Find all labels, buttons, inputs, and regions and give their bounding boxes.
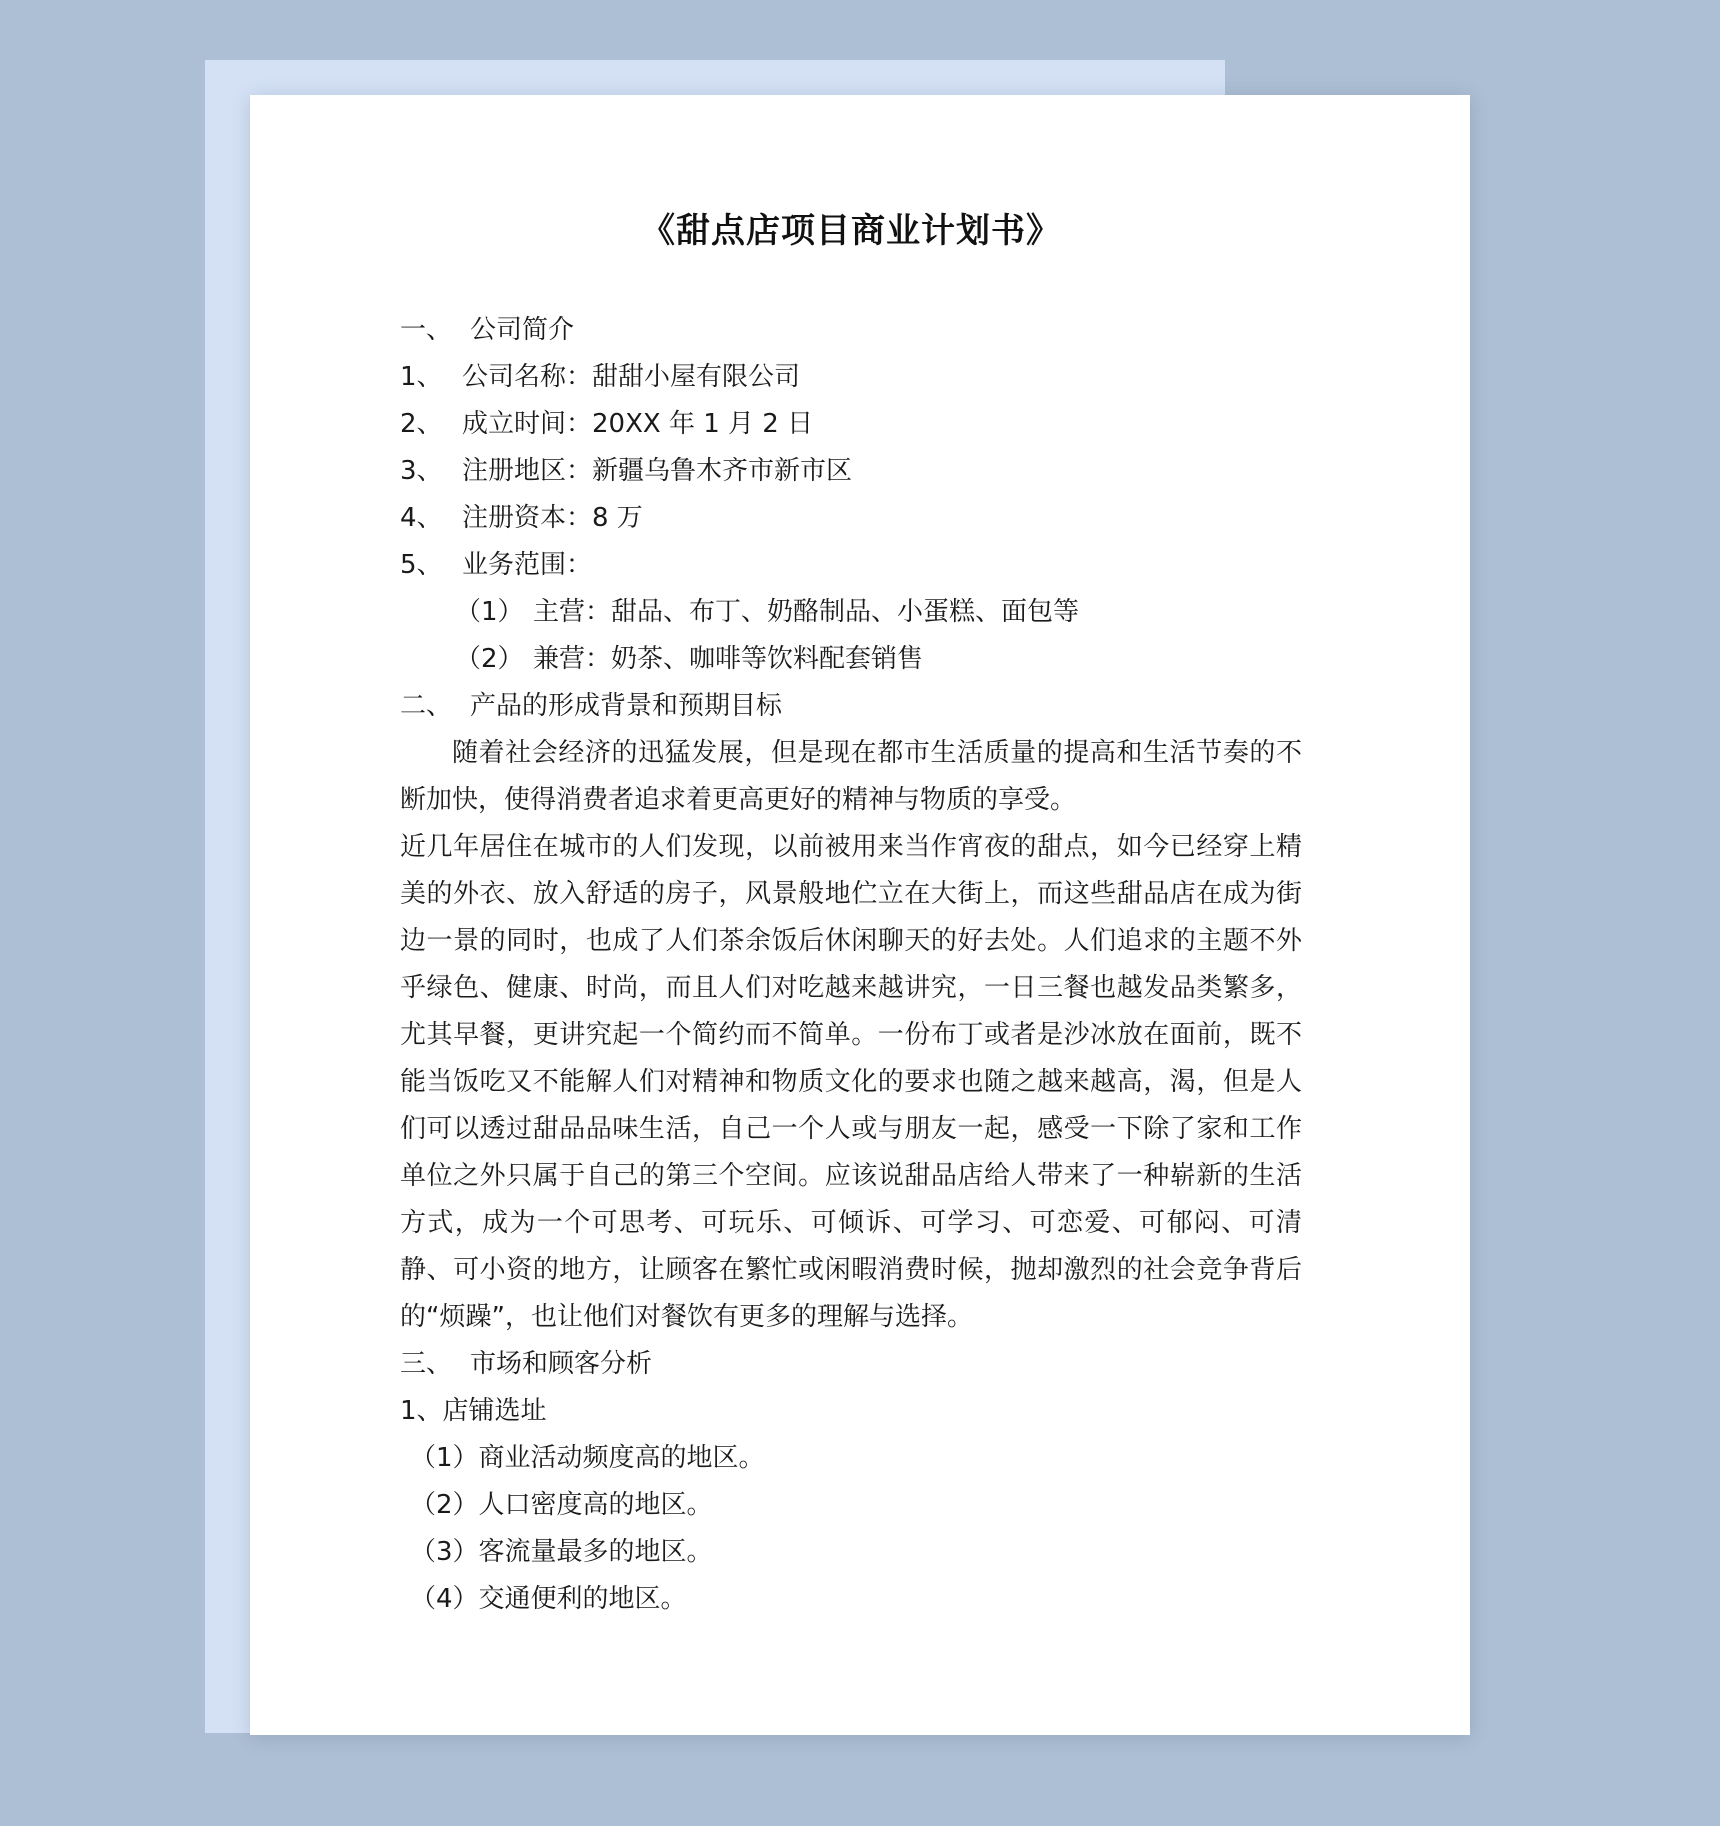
item-text: 成立时间：20XX 年 1 月 2 日 [462, 409, 813, 439]
section3-heading: 三、市场和顾客分析 [400, 1341, 1302, 1388]
item-number: 3、 [400, 448, 462, 495]
item-text: 公司名称：甜甜小屋有限公司 [462, 362, 800, 392]
document-page: 《甜点店项目商业计划书》 一、公司简介 1、公司名称：甜甜小屋有限公司 2、成立… [250, 95, 1470, 1735]
section-title: 公司简介 [470, 315, 574, 345]
item-text: 兼营：奶茶、咖啡等饮料配套销售 [533, 644, 923, 674]
list-item: （4）交通便利的地区。 [410, 1576, 1302, 1623]
section-number: 三、 [400, 1341, 470, 1388]
list-item: （3）客流量最多的地区。 [410, 1529, 1302, 1576]
section-title: 市场和顾客分析 [470, 1349, 652, 1379]
item-number: 2、 [400, 401, 462, 448]
sub-list-item: （1）主营：甜品、布丁、奶酪制品、小蛋糕、面包等 [455, 589, 1302, 636]
item-number: 4、 [400, 495, 462, 542]
paragraph: 近几年居住在城市的人们发现，以前被用来当作宵夜的甜点，如今已经穿上精美的外衣、放… [400, 824, 1302, 1341]
paragraph: 随着社会经济的迅猛发展，但是现在都市生活质量的提高和生活节奏的不断加快，使得消费… [400, 730, 1302, 824]
item-text: 主营：甜品、布丁、奶酪制品、小蛋糕、面包等 [533, 597, 1079, 627]
list-item: （2）人口密度高的地区。 [410, 1482, 1302, 1529]
section-number: 一、 [400, 307, 470, 354]
list-item: 2、成立时间：20XX 年 1 月 2 日 [400, 401, 1302, 448]
list-item: 5、业务范围： [400, 542, 1302, 589]
section2-heading: 二、产品的形成背景和预期目标 [400, 683, 1302, 730]
item-number: 1、 [400, 354, 462, 401]
item-number: （2） [455, 636, 533, 683]
section1-heading: 一、公司简介 [400, 307, 1302, 354]
list-item: 3、注册地区：新疆乌鲁木齐市新市区 [400, 448, 1302, 495]
document-title: 《甜点店项目商业计划书》 [400, 207, 1302, 255]
item-number: 5、 [400, 542, 462, 589]
list-item: 1、公司名称：甜甜小屋有限公司 [400, 354, 1302, 401]
item-text: 业务范围： [462, 550, 592, 580]
list-item: 4、注册资本：8 万 [400, 495, 1302, 542]
item-text: 注册地区：新疆乌鲁木齐市新市区 [462, 456, 852, 486]
section-number: 二、 [400, 683, 470, 730]
item-number: （1） [455, 589, 533, 636]
sub-list-item: （2）兼营：奶茶、咖啡等饮料配套销售 [455, 636, 1302, 683]
sub-heading: 1、店铺选址 [400, 1388, 1302, 1435]
list-item: （1）商业活动频度高的地区。 [410, 1435, 1302, 1482]
section-title: 产品的形成背景和预期目标 [470, 691, 782, 721]
item-text: 注册资本：8 万 [462, 503, 643, 533]
